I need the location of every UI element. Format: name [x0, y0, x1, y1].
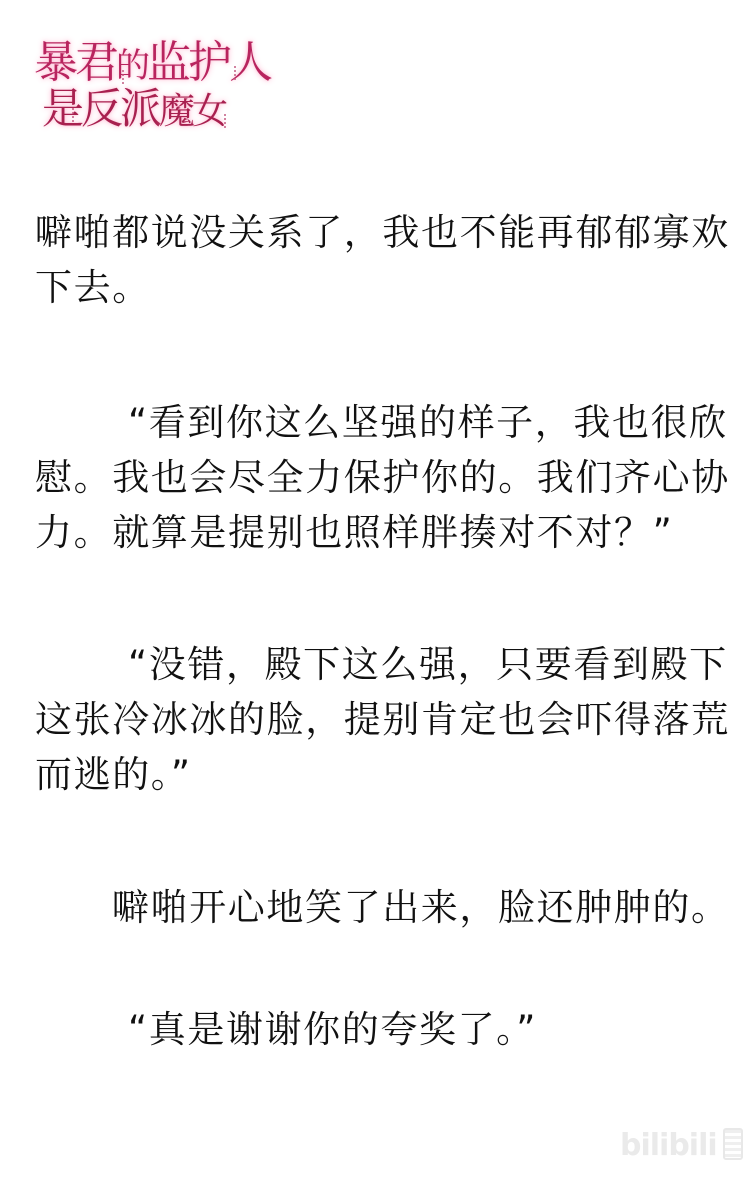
- paragraph-line: 下去。: [35, 260, 725, 315]
- paragraph-line: “没错，殿下这么强，只要看到殿下: [35, 637, 725, 692]
- paragraph-1: 噼啪都说没关系了，我也不能再郁郁寡欢 下去。: [35, 205, 725, 315]
- comic-title-logo: 暴君的监护人 是反派魔女: [34, 26, 274, 130]
- watermark-text: bilibili: [620, 1128, 717, 1164]
- paragraph-line: “看到你这么坚强的样子，我也很欣: [35, 395, 725, 450]
- paragraph-4: 噼啪开心地笑了出来，脸还肿肿的。: [112, 880, 753, 935]
- title-line-2-rest: 魔女: [159, 91, 225, 132]
- paragraph-2: “看到你这么坚强的样子，我也很欣 慰。我也会尽全力保护你的。我们齐心协 力。就算…: [35, 395, 725, 560]
- title-line-2: 是反派魔女: [42, 76, 225, 136]
- logo-ornament-icon: [224, 114, 228, 128]
- bilibili-watermark: bilibili: [620, 1124, 743, 1164]
- logo-ornament-icon: [234, 66, 238, 80]
- paragraph-3: “没错，殿下这么强，只要看到殿下 这张冷冰冰的脸，提别肯定也会吓得落荒 而逃的。…: [35, 637, 725, 802]
- paragraph-line: 噼啪都说没关系了，我也不能再郁郁寡欢: [35, 205, 725, 260]
- paragraph-line: 噼啪开心地笑了出来，脸还肿肿的。: [112, 880, 753, 935]
- logo-ornament-icon: [72, 108, 76, 122]
- bilibili-logo-icon: [723, 1128, 743, 1160]
- title-line-2-big: 是反派: [42, 84, 159, 133]
- paragraph-line: 这张冷冰冰的脸，提别肯定也会吓得落荒: [35, 692, 725, 747]
- paragraph-5: “真是谢谢你的夸奖了。”: [128, 1002, 753, 1057]
- paragraph-line: 而逃的。”: [35, 747, 725, 802]
- paragraph-line: 慰。我也会尽全力保护你的。我们齐心协: [35, 450, 725, 505]
- logo-ornament-icon: [122, 70, 126, 84]
- paragraph-line: 力。就算是提别也照样胖揍对不对？”: [35, 505, 725, 560]
- paragraph-line: “真是谢谢你的夸奖了。”: [128, 1002, 753, 1057]
